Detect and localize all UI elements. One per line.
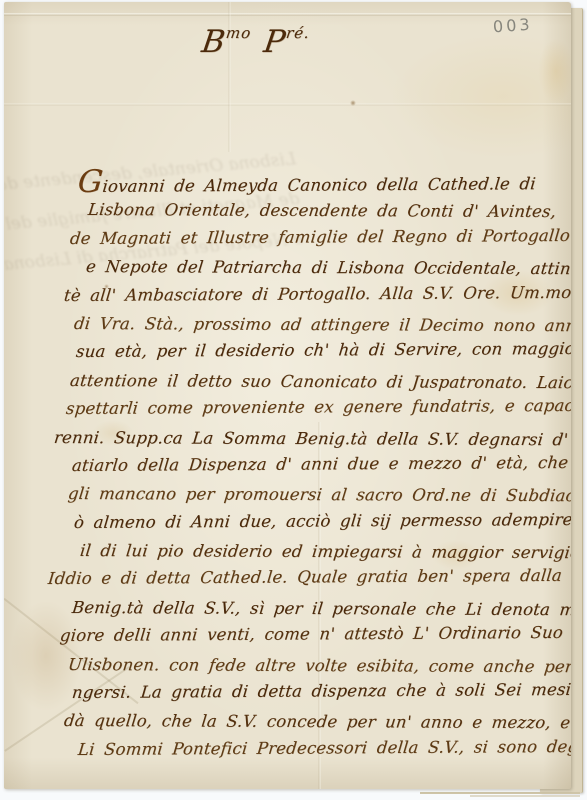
fold-crease-horizontal (4, 13, 571, 16)
salutation-superscript: mo (225, 24, 253, 42)
manuscript-page: 003 BmoPré. Lisbona Orientale, descenden… (4, 2, 571, 789)
page-stack-edge (470, 795, 580, 797)
manuscript-line: ò almeno di Anni due, acciò gli sij perm… (73, 506, 566, 537)
manuscript-line: giore delli anni venti, come n' attestò … (59, 619, 566, 650)
paper-stain (538, 38, 571, 104)
manuscript-line: tè all' Ambasciatore di Portogallo. Alla… (63, 278, 566, 309)
letter-salutation-heading: BmoPré. (199, 24, 311, 60)
manuscript-line: Li Sommi Pontefici Predecessori della S.… (77, 733, 566, 764)
letter-body-text: Giovanni de Almeyda Canonico della Cathe… (62, 168, 564, 764)
fold-crease-horizontal (4, 103, 571, 106)
archival-folio-number: 003 (492, 15, 533, 37)
manuscript-line: ngersi. La gratia di detta dispenza che … (71, 676, 566, 707)
manuscript-line: atiarlo della Dispenza d' anni due e mez… (71, 449, 566, 480)
manuscript-line: spettarli come proveniente ex genere fun… (65, 392, 566, 423)
salutation-initial: P (262, 24, 288, 60)
manuscript-line: Giovanni de Almeyda Canonico della Cathe… (77, 165, 566, 196)
manuscript-line: Iddio e di detta Cathed.le. Quale gratia… (47, 562, 566, 594)
manuscript-line: de Magnati et Illustre famiglie del Regn… (69, 222, 566, 253)
scanned-manuscript: 003 BmoPré. Lisbona Orientale, descenden… (0, 0, 587, 800)
manuscript-line: sua età, per il desiderio ch' hà di Serv… (75, 335, 566, 366)
page-stack-edge (420, 792, 580, 794)
salutation-initial: B (199, 24, 227, 60)
salutation-superscript: ré. (285, 24, 311, 42)
